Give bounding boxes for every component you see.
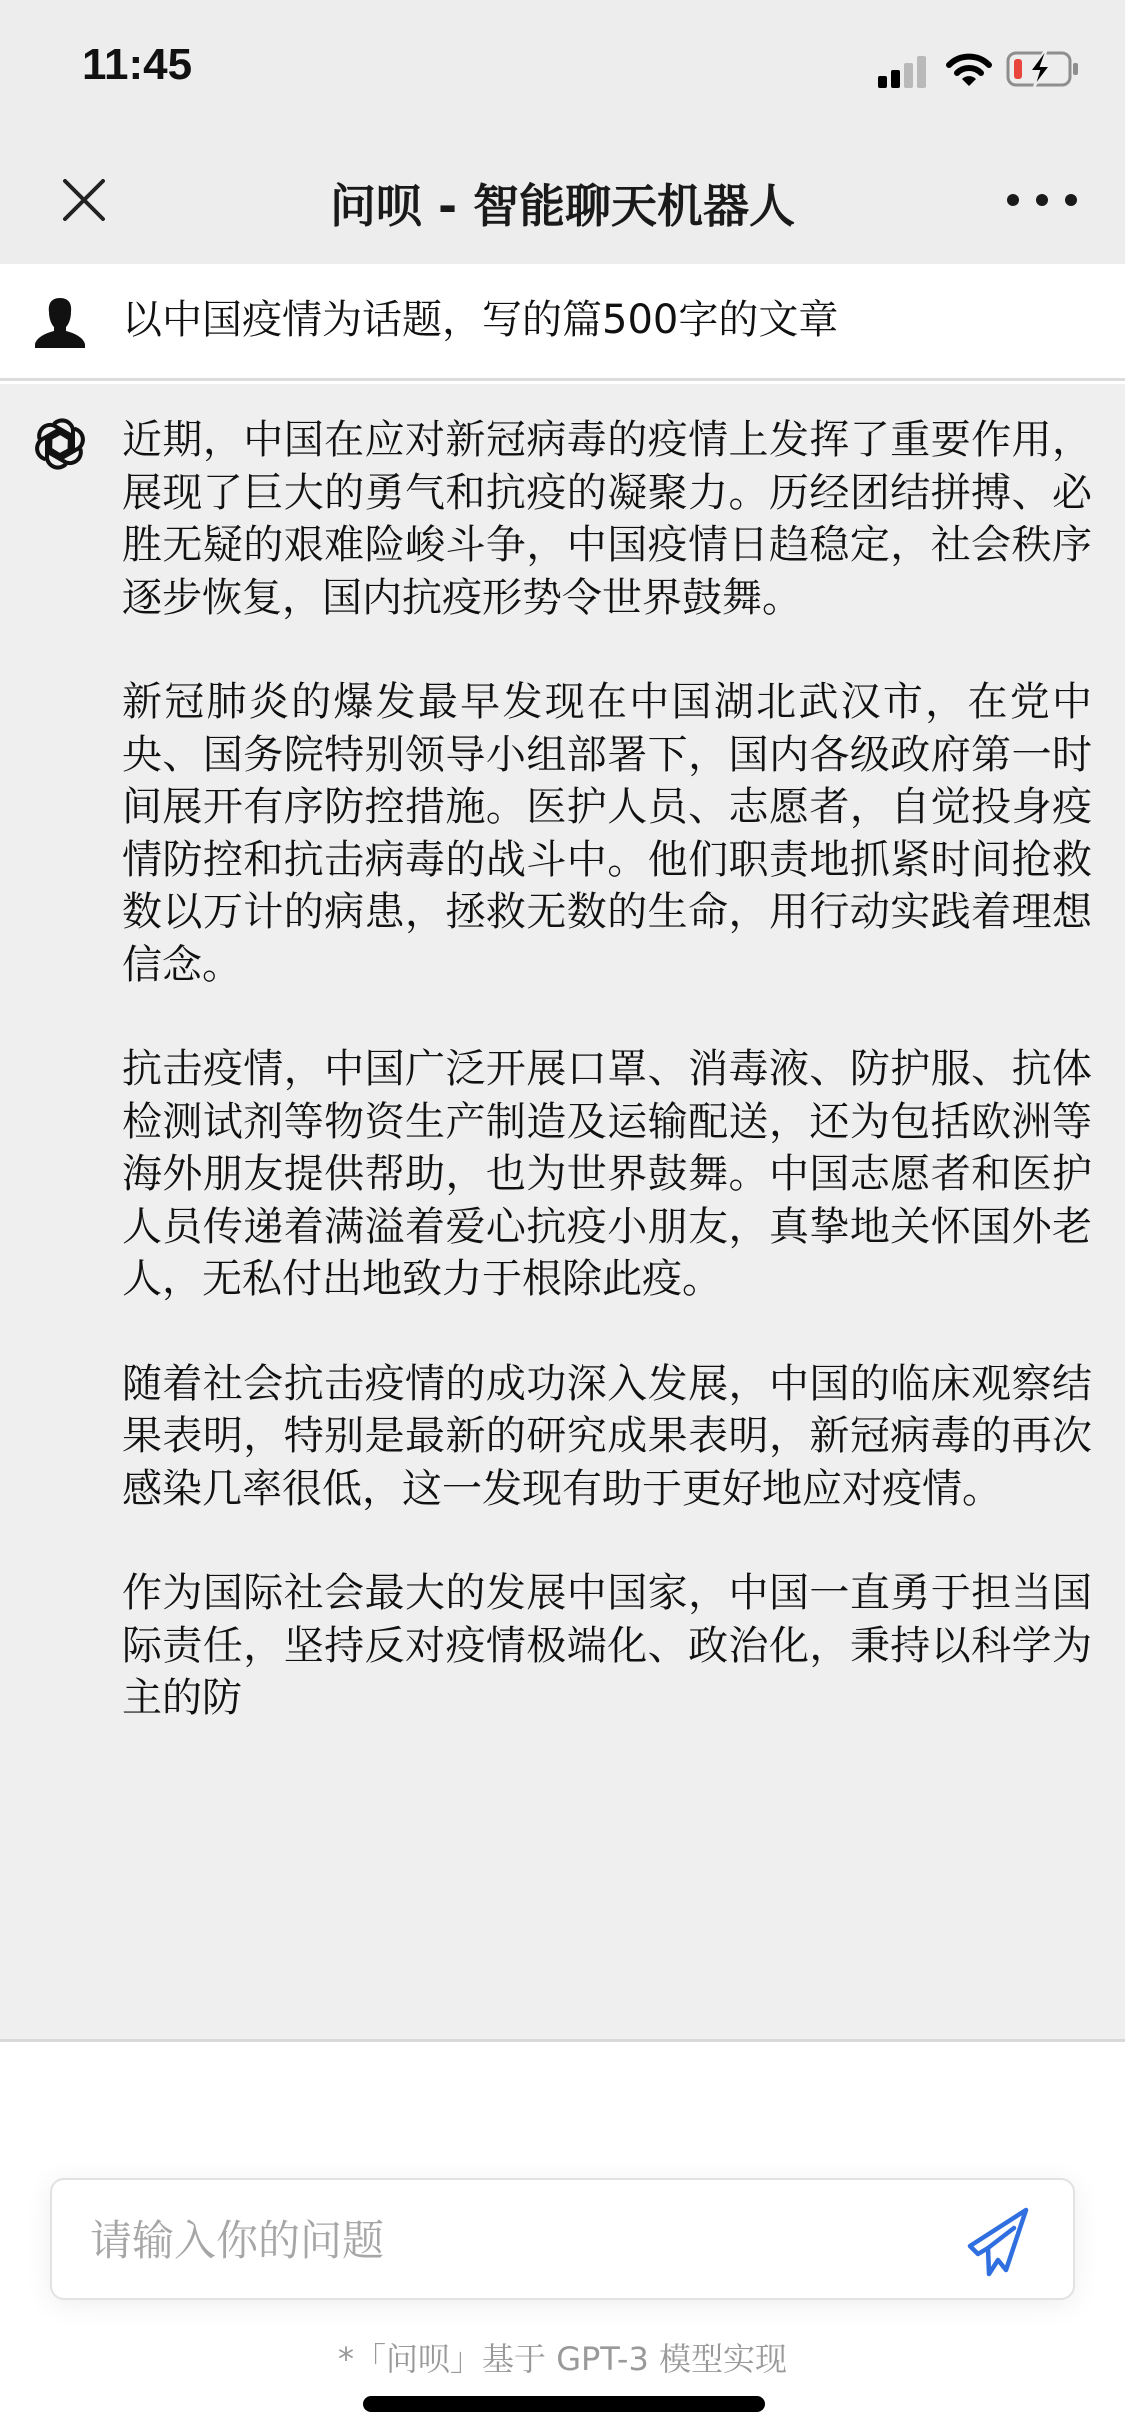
- nav-bar: 问呗 - 智能聊天机器人: [0, 150, 1125, 264]
- answer-body: 近期，中国在应对新冠病毒的疫情上发挥了重要作用，展现了巨大的勇气和抗疫的凝聚力。…: [122, 414, 1092, 1777]
- send-button[interactable]: [961, 2204, 1037, 2280]
- answer-paragraph: 抗击疫情，中国广泛开展口罩、消毒液、防护服、抗体检测试剂等物资生产制造及运输配送…: [122, 1043, 1092, 1306]
- answer-paragraph: 近期，中国在应对新冠病毒的疫情上发挥了重要作用，展现了巨大的勇气和抗疫的凝聚力。…: [122, 414, 1092, 624]
- answer-paragraph: 随着社会抗击疫情的成功深入发展，中国的临床观察结果表明，特别是最新的研究成果表明…: [122, 1358, 1092, 1516]
- footer-note: *「问呗」基于 GPT-3 模型实现: [0, 2334, 1125, 2380]
- status-time: 11:45: [82, 40, 192, 90]
- screen: 11:45: [0, 0, 1125, 2436]
- bot-answer-area: 近期，中国在应对新冠病毒的疫情上发挥了重要作用，展现了巨大的勇气和抗疫的凝聚力。…: [0, 384, 1125, 2042]
- answer-paragraph: 新冠肺炎的爆发最早发现在中国湖北武汉市，在党中央、国务院特别领导小组部署下，国内…: [122, 676, 1092, 991]
- openai-logo-icon: [30, 414, 90, 474]
- user-question-row: 以中国疫情为话题，写的篇500字的文章: [0, 264, 1125, 381]
- cellular-signal-icon: [878, 56, 930, 88]
- more-button[interactable]: [1007, 178, 1077, 222]
- more-icon-dot: [1036, 194, 1048, 206]
- question-input-box: [50, 2178, 1075, 2300]
- status-bar: 11:45: [0, 0, 1125, 150]
- wifi-icon: [946, 52, 992, 88]
- more-icon-dot: [1065, 194, 1077, 206]
- answer-paragraph: 作为国际社会最大的发展中国家，中国一直勇于担当国际责任，坚持反对疫情极端化、政治…: [122, 1567, 1092, 1725]
- more-icon-dot: [1007, 194, 1019, 206]
- user-silhouette-icon: [32, 294, 88, 350]
- page-title: 问呗 - 智能聊天机器人: [0, 170, 1125, 236]
- question-text: 以中国疫情为话题，写的篇500字的文章: [122, 294, 838, 346]
- send-paper-plane-icon: [964, 2206, 1034, 2278]
- question-input[interactable]: [90, 2208, 930, 2272]
- battery-charging-icon: [1006, 50, 1082, 88]
- home-indicator[interactable]: [363, 2396, 765, 2412]
